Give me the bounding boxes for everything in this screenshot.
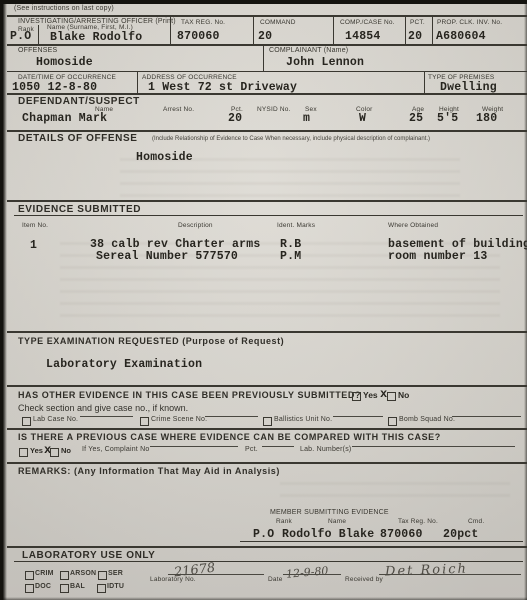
case-no-label: COMP./CASE No. (340, 19, 395, 26)
case-no-value: 14854 (345, 30, 381, 43)
prop-clk-value: A680604 (436, 30, 486, 43)
def-height-value: 5'5 (437, 112, 458, 125)
datetime-label: DATE/TIME OF OCCURRENCE (18, 74, 116, 81)
date-label: Date (268, 576, 283, 583)
lab-no-value: 21678 (173, 561, 216, 581)
crime-scene-label: Crime Scene No. (151, 416, 207, 423)
remarks-section-label: REMARKS: (Any Information That May Aid i… (18, 466, 280, 476)
pct-value: 20 (408, 30, 422, 43)
def-name-value: Chapman Mark (22, 112, 107, 125)
prop-clk-label: PROP. CLK. INV. No. (437, 19, 502, 26)
def-color-value: W (359, 112, 366, 125)
details-section-note: (Include Relationship of Evidence to Cas… (152, 136, 430, 142)
doc-checkbox (25, 584, 34, 593)
examination-value: Laboratory Examination (46, 358, 202, 371)
member-cmd-value: 20pct (443, 528, 479, 541)
lab-numbers-label: Lab. Number(s) (300, 446, 351, 453)
evidence-ident-marks-label: Ident. Marks (277, 222, 315, 229)
previous-case-question: IS THERE A PREVIOUS CASE WHERE EVIDENCE … (18, 432, 441, 442)
yes-label: Yes (363, 390, 378, 400)
examination-section-label: TYPE EXAMINATION REQUESTED (Purpose of R… (18, 336, 284, 346)
member-rank-value: P.O (253, 528, 274, 541)
evidence-where-obtained-label: Where Obtained (388, 222, 438, 229)
tax-reg-label: TAX REG. No. (181, 19, 225, 26)
yes-checkbox (352, 392, 361, 401)
officer-name-value: Blake Rodolfo (50, 31, 142, 44)
complaint-no-label: If Yes, Complaint No (82, 446, 149, 453)
ballistics-label: Ballistics Unit No. (274, 416, 332, 423)
previously-submitted-question: HAS OTHER EVIDENCE IN THIS CASE BEEN PRE… (18, 390, 361, 400)
crim-label: CRIM (35, 570, 54, 577)
def-pct-value: 20 (228, 112, 242, 125)
details-value: Homoside (136, 151, 193, 164)
def-age-value: 25 (409, 112, 423, 125)
evidence-section-label: EVIDENCE SUBMITTED (18, 204, 141, 215)
bleed-through (120, 158, 460, 198)
bleed-through (280, 482, 510, 504)
complainant-label: COMPLAINANT (Name) (269, 47, 348, 54)
member-cmd-label: Cmd. (468, 518, 484, 525)
defendant-section-label: DEFENDANT/SUSPECT (18, 96, 140, 107)
bomb-squad-label: Bomb Squad No. (399, 416, 455, 423)
arson-label: ARSON (70, 570, 96, 577)
rank-value: P.O (10, 30, 31, 43)
premises-label: TYPE OF PREMISES (428, 74, 494, 81)
address-label: ADDRESS OF OCCURRENCE (142, 74, 237, 81)
scan-edge-left (0, 0, 7, 600)
check-section-instruction: Check section and give case no., if know… (18, 403, 188, 413)
complainant-value: John Lennon (286, 56, 364, 69)
received-by-label: Received by (345, 576, 383, 583)
member-rank-label: Rank (276, 518, 292, 525)
evidence-ident-line2: P.M (280, 250, 301, 263)
def-nysid-label: NYSID No. (257, 106, 291, 113)
member-section-label: MEMBER SUBMITTING EVIDENCE (270, 509, 389, 516)
command-label: COMMAND (260, 19, 296, 26)
evidence-submission-form: (See instructions on last copy) INVESTIG… (0, 0, 527, 600)
pct-label: PCT. (410, 19, 425, 26)
details-section-label: DETAILS OF OFFENSE (18, 133, 138, 144)
no-checkbox-checked (387, 392, 396, 401)
laboratory-section-label: LABORATORY USE ONLY (22, 550, 155, 561)
instructions-note: (See instructions on last copy) (14, 5, 114, 12)
date-value: 12-9-80 (286, 564, 329, 581)
evidence-description-line2: Sereal Number 577570 (96, 250, 238, 263)
received-by-value: Det Roich (385, 562, 468, 580)
prev-pct-label: Pct. (245, 446, 258, 453)
crim-checkbox (25, 571, 34, 580)
member-tax-reg-value: 870060 (380, 528, 423, 541)
ser-label: SER (108, 570, 123, 577)
def-sex-value: m (303, 112, 310, 125)
prev-no-checkbox-checked (50, 448, 59, 457)
evidence-where-line2: room number 13 (388, 250, 487, 263)
scan-edge-top (0, 0, 527, 4)
bal-checkbox (60, 584, 69, 593)
idtu-checkbox (97, 584, 106, 593)
lab-case-label: Lab Case No. (33, 416, 78, 423)
member-name-label: Name (328, 518, 346, 525)
prev-no-label: No (61, 446, 71, 455)
crime-scene-checkbox (140, 417, 149, 426)
lab-case-checkbox (22, 417, 31, 426)
prev-yes-checkbox (19, 448, 28, 457)
offenses-value: Homoside (36, 56, 93, 69)
tax-reg-value: 870060 (177, 30, 220, 43)
doc-label: DOC (35, 583, 51, 590)
command-value: 20 (258, 30, 272, 43)
evidence-item-no-label: Item No. (22, 222, 48, 229)
bomb-squad-checkbox (388, 417, 397, 426)
def-weight-value: 180 (476, 112, 497, 125)
evidence-description-label: Description (178, 222, 213, 229)
member-tax-reg-label: Tax Reg. No. (398, 518, 438, 525)
no-label: No (398, 390, 409, 400)
evidence-item-no: 1 (30, 239, 37, 252)
ballistics-checkbox (263, 417, 272, 426)
prev-yes-label: Yes (30, 446, 43, 455)
idtu-label: IDTU (107, 583, 124, 590)
ser-checkbox (98, 571, 107, 580)
def-arrest-no-label: Arrest No. (163, 106, 194, 113)
arson-checkbox (60, 571, 69, 580)
bal-label: BAL (70, 583, 85, 590)
officer-name-label: Name (Surname, First, M.I.) (47, 24, 133, 31)
member-name-value: Rodolfo Blake (282, 528, 374, 541)
offenses-label: OFFENSES (18, 47, 57, 54)
